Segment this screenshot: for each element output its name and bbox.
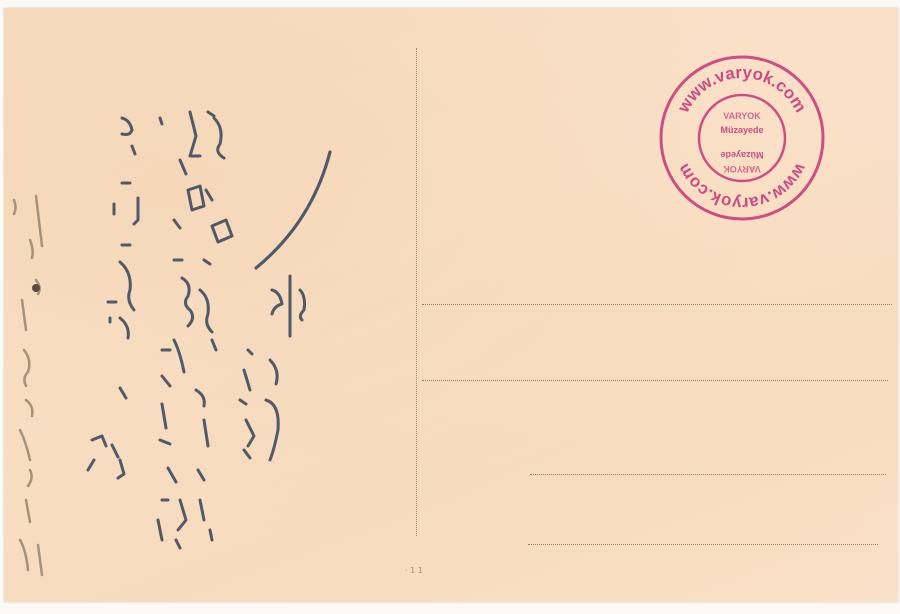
handwritten-message	[14, 112, 330, 575]
stamp-inner-line2: Müzayede	[720, 125, 763, 135]
auction-stamp: www.varyok.com www.varyok.com VARYOK Müz…	[661, 57, 823, 219]
postcard-ink-layer: www.varyok.com www.varyok.com VARYOK Müz…	[0, 0, 900, 614]
handwriting-column-2	[88, 118, 138, 478]
stamp-inner-line4: VARYOK	[723, 164, 761, 174]
handwriting-column-faded	[14, 196, 42, 575]
stamp-inner-line1: VARYOK	[723, 111, 761, 121]
handwriting-column-5	[240, 276, 305, 460]
handwriting-column-4	[196, 112, 232, 540]
handwriting-sweep	[256, 152, 330, 268]
stamp-inner-line3: Müzayede	[720, 150, 763, 160]
handwriting-column-3	[158, 112, 204, 548]
